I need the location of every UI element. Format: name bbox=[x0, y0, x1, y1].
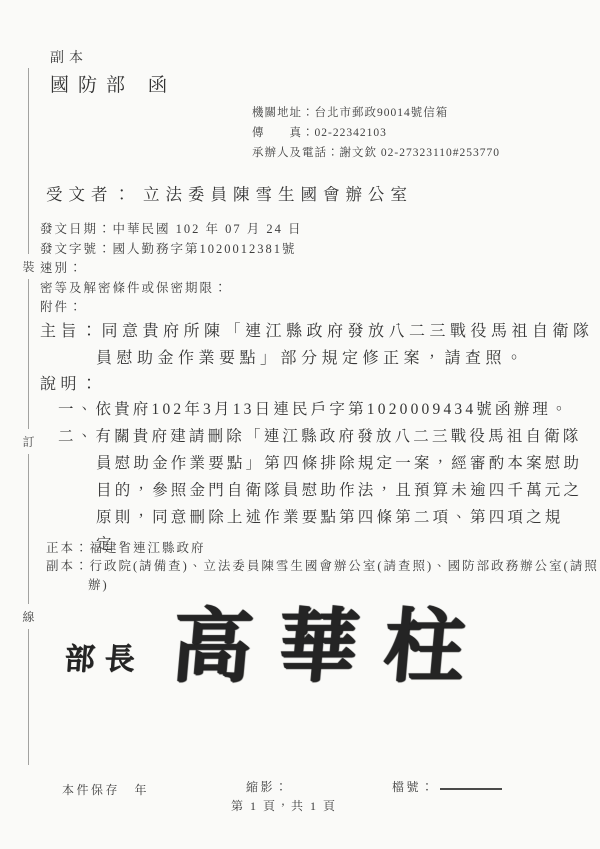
footer-page-info: 第 1 頁，共 1 頁 bbox=[231, 797, 337, 814]
meta-attachment: 附件： bbox=[40, 298, 303, 318]
item-text: 依貴府102年3月13日連民戶字第1020009434號函辦理。 bbox=[95, 401, 569, 418]
item-number: 二、 bbox=[58, 428, 95, 445]
meta-value: 中華民國 102 年 07 月 24 日 bbox=[113, 222, 303, 236]
footer-microfilm-label: 縮影： bbox=[246, 778, 290, 795]
distribution-copies: 副本：行政院(請備查)、立法委員陳雪生國會辦公室(請查照)、國防部政務辦公室(請… bbox=[46, 557, 600, 595]
scanned-letter-page: 裝 訂 線 副本 國防部函 機關地址：台北市郵政90014號信箱 傳 真：02-… bbox=[0, 0, 600, 849]
meta-value: 國人勤務字第1020012381號 bbox=[113, 242, 297, 256]
agency-fax: 傳 真：02-22342103 bbox=[252, 123, 500, 143]
signer-title: 部長 bbox=[63, 598, 149, 678]
signer-name-calligraphy: 高華柱 bbox=[168, 598, 495, 698]
explanation-item-1: 一、依貴府102年3月13日連民戶字第1020009434號函辦理。 bbox=[58, 396, 600, 423]
copy-label: 副本 bbox=[50, 47, 88, 67]
meta-label: 密等及解密條件或保密期限： bbox=[40, 281, 229, 295]
footer-retention: 本件保存 年 bbox=[62, 781, 149, 798]
original-value: 福建省連江縣政府 bbox=[90, 541, 206, 555]
meta-classification: 密等及解密條件或保密期限： bbox=[40, 279, 303, 299]
document-meta-block: 發文日期：中華民國 102 年 07 月 24 日 發文字號：國人勤務字第102… bbox=[40, 220, 303, 318]
distribution-original: 正本：福建省連江縣政府 bbox=[46, 538, 206, 556]
explanation-label: 說明： bbox=[40, 371, 102, 394]
original-label: 正本： bbox=[46, 541, 90, 555]
meta-doc-number: 發文字號：國人勤務字第1020012381號 bbox=[40, 240, 303, 260]
binding-mark-xian: 線 bbox=[21, 604, 36, 629]
subject-paragraph: 主旨：同意貴府所陳「連江縣政府發放八二三戰役馬祖自衛隊員慰助金作業要點」部分規定… bbox=[40, 318, 600, 372]
recipient-line: 受文者：立法委員陳雪生國會辦公室 bbox=[46, 181, 413, 205]
meta-label: 發文字號： bbox=[40, 242, 113, 256]
footer-file-number-label: 檔號： bbox=[392, 778, 436, 795]
agency-name: 國防部 bbox=[50, 75, 134, 96]
footer-file-number-blank-line bbox=[440, 788, 502, 790]
agency-contact-block: 機關地址：台北市郵政90014號信箱 傳 真：02-22342103 承辦人及電… bbox=[252, 103, 500, 163]
item-text: 有關貴府建請刪除「連江縣政府發放八二三戰役馬祖自衛隊員慰助金作業要點」第四條排除… bbox=[95, 428, 582, 553]
meta-label: 發文日期： bbox=[40, 222, 113, 236]
binding-mark-zhuang: 裝 bbox=[21, 254, 36, 279]
copies-label: 副本： bbox=[46, 559, 90, 573]
signature-block: 部長 高華柱 bbox=[66, 598, 490, 698]
recipient-value: 立法委員陳雪生國會辦公室 bbox=[143, 185, 413, 204]
document-type: 函 bbox=[148, 75, 167, 96]
item-number: 一、 bbox=[58, 401, 95, 418]
meta-issue-date: 發文日期：中華民國 102 年 07 月 24 日 bbox=[40, 220, 303, 240]
agency-handler-phone: 承辦人及電話：謝文欽 02-27323110#253770 bbox=[252, 143, 500, 163]
binding-mark-ding: 訂 bbox=[21, 429, 36, 454]
subject-text: 同意貴府所陳「連江縣政府發放八二三戰役馬祖自衛隊員慰助金作業要點」部分規定修正案… bbox=[96, 323, 594, 367]
binding-edge-line bbox=[28, 68, 29, 765]
copies-value: 行政院(請備查)、立法委員陳雪生國會辦公室(請查照)、國防部政務辦公室(請照辦) bbox=[88, 559, 599, 592]
agency-address: 機關地址：台北市郵政90014號信箱 bbox=[252, 103, 500, 123]
meta-label: 速別： bbox=[40, 261, 84, 275]
letter-header: 國防部函 bbox=[50, 70, 167, 97]
meta-label: 附件： bbox=[40, 300, 84, 314]
meta-speed: 速別： bbox=[40, 259, 303, 279]
recipient-label: 受文者： bbox=[46, 185, 136, 204]
subject-label: 主旨： bbox=[40, 323, 102, 340]
